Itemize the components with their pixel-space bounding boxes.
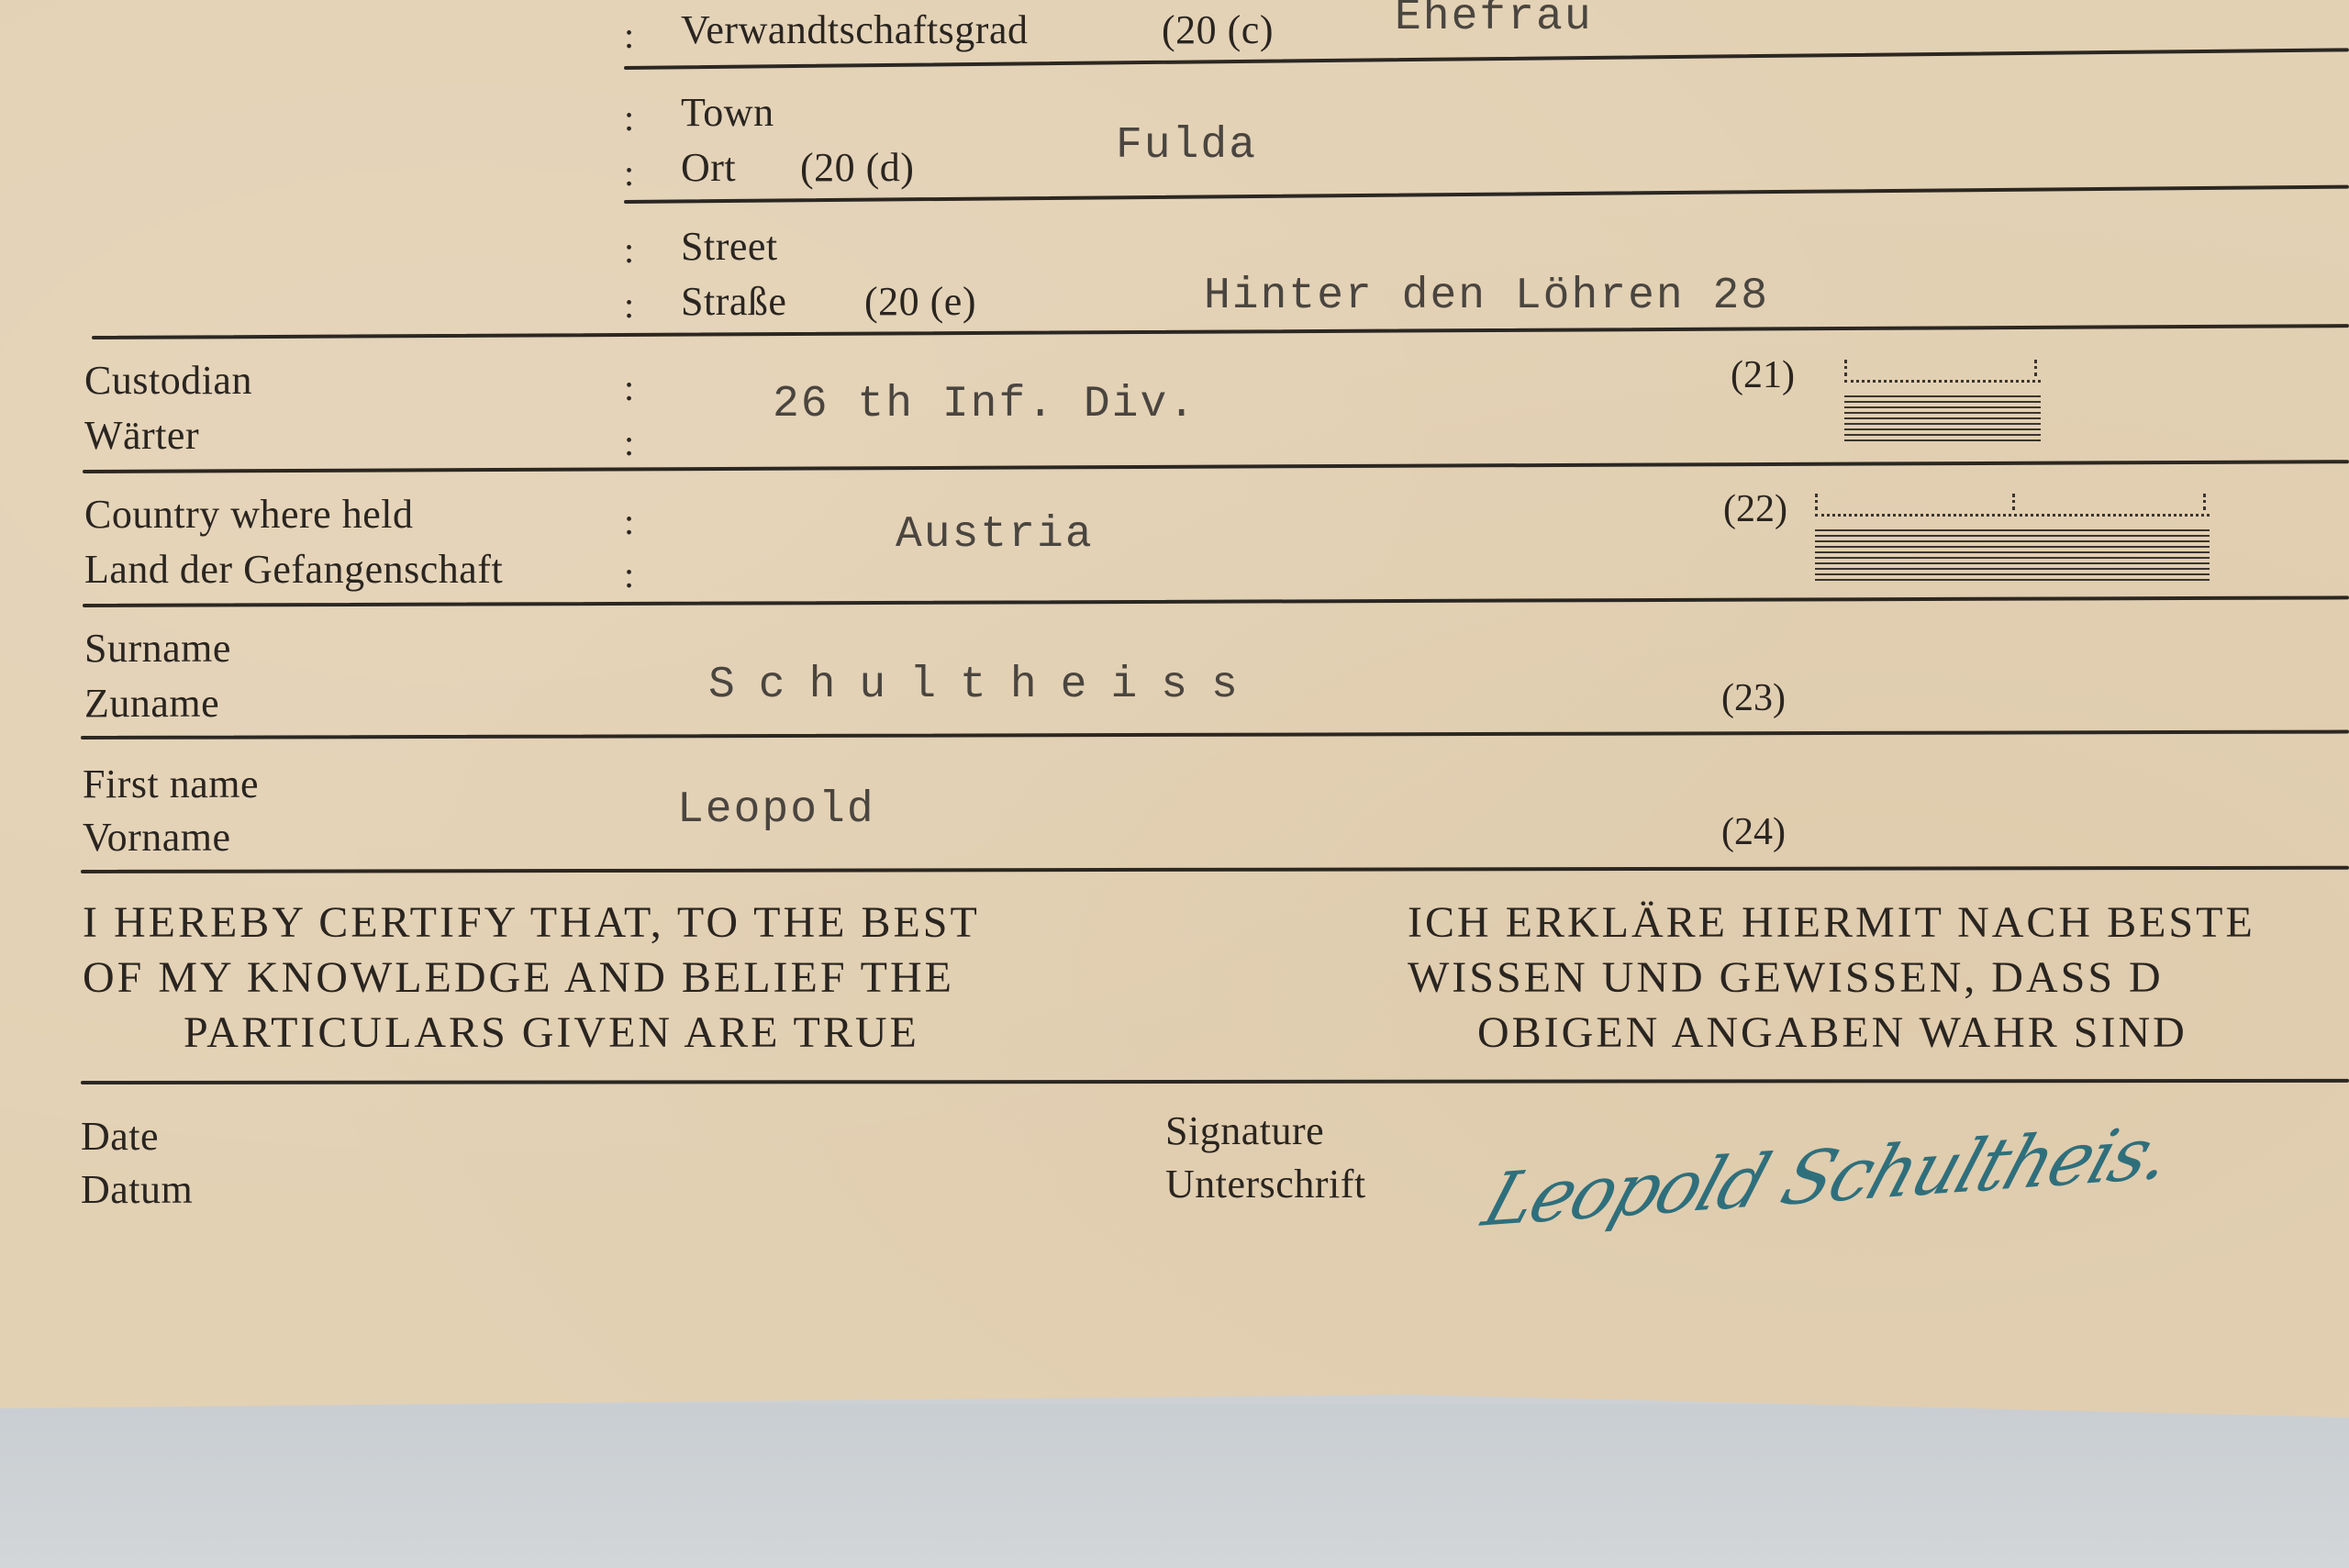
surname-value: Schultheiss <box>708 661 1262 710</box>
first-name-label-en: First name <box>83 758 259 811</box>
colon: : <box>624 495 634 549</box>
custodian-ref: (21) <box>1731 352 1795 398</box>
relation-value: Ehefrau <box>1395 0 1593 42</box>
certification-de-line-2: WISSEN UND GEWISSEN, DASS D <box>1408 951 2164 1006</box>
colon: : <box>624 417 634 470</box>
relation-ref: (20 (c) <box>1162 4 1274 57</box>
town-ref: (20 (d) <box>800 141 914 195</box>
colon: : <box>624 224 634 277</box>
table-surface <box>0 1404 2349 1568</box>
section-divider <box>92 324 2349 339</box>
custodian-label-de: Wärter <box>84 409 199 462</box>
date-label-de: Datum <box>81 1163 193 1217</box>
form-paper: : Verwandtschaftsgrad (20 (c) Ehefrau : … <box>0 0 2349 1418</box>
street-value: Hinter den Löhren 28 <box>1204 272 1769 321</box>
surname-ref: (23) <box>1721 675 1786 721</box>
first-name-ref: (24) <box>1721 809 1786 855</box>
first-name-label-de: Vorname <box>83 811 231 864</box>
custodian-value: 26 th Inf. Div. <box>773 380 1197 429</box>
country-value: Austria <box>896 510 1094 560</box>
colon: : <box>624 147 634 200</box>
surname-label-en: Surname <box>84 622 231 675</box>
certification-en-line-1: I HEREBY CERTIFY THAT, TO THE BEST <box>83 895 980 951</box>
town-label-de: Ort <box>681 141 736 195</box>
colon: : <box>624 279 634 332</box>
section-divider <box>81 866 2349 873</box>
colon: : <box>624 9 634 62</box>
street-ref: (20 (e) <box>864 275 976 328</box>
certification-de-line-3: OBIGEN ANGABEN WAHR SIND <box>1477 1006 2188 1061</box>
colon: : <box>624 361 634 415</box>
town-label-en: Town <box>681 86 774 139</box>
signature-label-de: Unterschrift <box>1165 1158 1366 1211</box>
custodian-label-en: Custodian <box>84 354 252 407</box>
section-divider <box>81 730 2349 740</box>
custodian-code-box <box>1844 367 2041 445</box>
country-code-box <box>1815 501 2210 581</box>
street-label-en: Street <box>681 220 778 273</box>
country-ref: (22) <box>1723 486 1787 532</box>
street-label-de: Straße <box>681 275 786 328</box>
first-name-value: Leopold <box>677 785 875 835</box>
town-value: Fulda <box>1116 121 1257 171</box>
relation-label-de: Verwandtschaftsgrad <box>681 4 1028 57</box>
section-divider <box>83 595 2349 607</box>
certification-en-line-3: PARTICULARS GIVEN ARE TRUE <box>184 1006 919 1061</box>
certification-de-line-1: ICH ERKLÄRE HIERMIT NACH BESTE <box>1408 895 2255 951</box>
country-label-de: Land der Gefangenschaft <box>84 543 503 596</box>
section-divider <box>83 460 2349 473</box>
section-divider <box>81 1079 2349 1084</box>
colon: : <box>624 549 634 602</box>
handwritten-signature: Leopold Schultheis. <box>1474 1111 2182 1243</box>
certification-en-line-2: OF MY KNOWLEDGE AND BELIEF THE <box>83 951 954 1006</box>
surname-label-de: Zuname <box>84 677 219 730</box>
date-label-en: Date <box>81 1110 159 1163</box>
colon: : <box>624 92 634 145</box>
signature-label-en: Signature <box>1165 1105 1324 1158</box>
country-label-en: Country where held <box>84 488 413 541</box>
